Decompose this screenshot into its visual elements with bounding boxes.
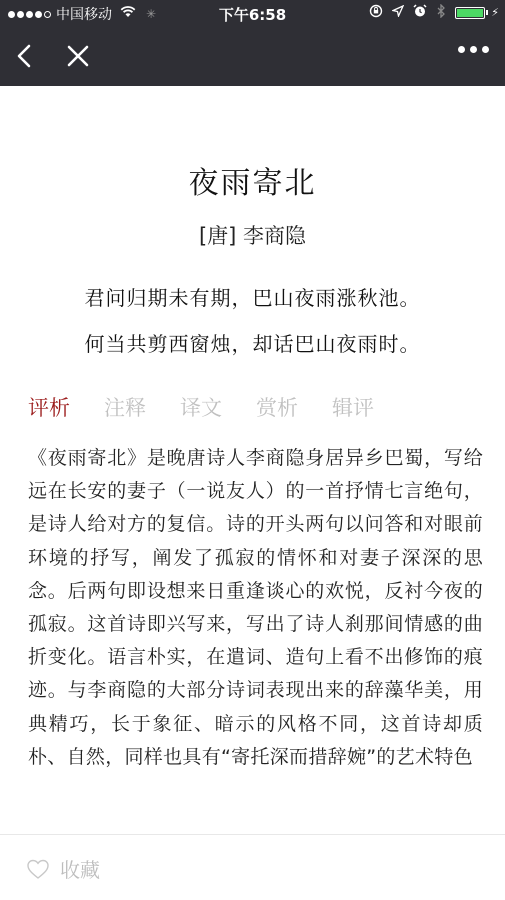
battery-icon: ⚡: [455, 6, 499, 19]
bottom-bar: 收藏: [0, 834, 505, 900]
section-tabs: 评析 注释 译文 赏析 辑评: [28, 392, 374, 422]
more-icon-dot: [470, 46, 477, 53]
poem-content[interactable]: 夜雨寄北 [唐] 李商隐 君问归期未有期，巴山夜雨涨秋池。 何当共剪西窗烛，却话…: [0, 86, 505, 834]
favorite-button[interactable]: 收藏: [26, 854, 100, 883]
location-icon: [392, 5, 404, 20]
poem-author: [唐] 李商隐: [0, 220, 505, 250]
more-button[interactable]: [458, 46, 489, 53]
poem-line: 君问归期未有期，巴山夜雨涨秋池。: [0, 282, 505, 311]
alarm-icon: [413, 4, 427, 21]
charging-icon: ⚡: [491, 6, 499, 19]
tab-analysis[interactable]: 评析: [28, 392, 70, 422]
close-button[interactable]: [64, 42, 92, 70]
back-icon: [12, 40, 40, 72]
tab-annotations[interactable]: 注释: [104, 392, 146, 422]
favorite-label: 收藏: [60, 854, 100, 883]
top-bar: 中国移动 ✳ 下午6:58 ⚡: [0, 0, 505, 86]
heart-outline-icon: [26, 858, 50, 880]
back-button[interactable]: [12, 40, 40, 72]
poem-line: 何当共剪西窗烛，却话巴山夜雨时。: [0, 328, 505, 357]
poem-title: 夜雨寄北: [0, 158, 505, 202]
more-icon-dot: [482, 46, 489, 53]
tab-translation[interactable]: 译文: [180, 392, 222, 422]
close-icon: [64, 42, 92, 70]
status-bar: 中国移动 ✳ 下午6:58 ⚡: [0, 0, 505, 28]
bluetooth-icon: [436, 4, 446, 21]
orientation-lock-icon: [369, 4, 383, 21]
tab-commentary[interactable]: 辑评: [332, 392, 374, 422]
tab-appreciation[interactable]: 赏析: [256, 392, 298, 422]
more-icon-dot: [458, 46, 465, 53]
analysis-text: 《夜雨寄北》是晚唐诗人李商隐身居异乡巴蜀，写给远在长安的妻子（一说友人）的一首抒…: [28, 442, 483, 774]
nav-bar: [0, 28, 505, 86]
